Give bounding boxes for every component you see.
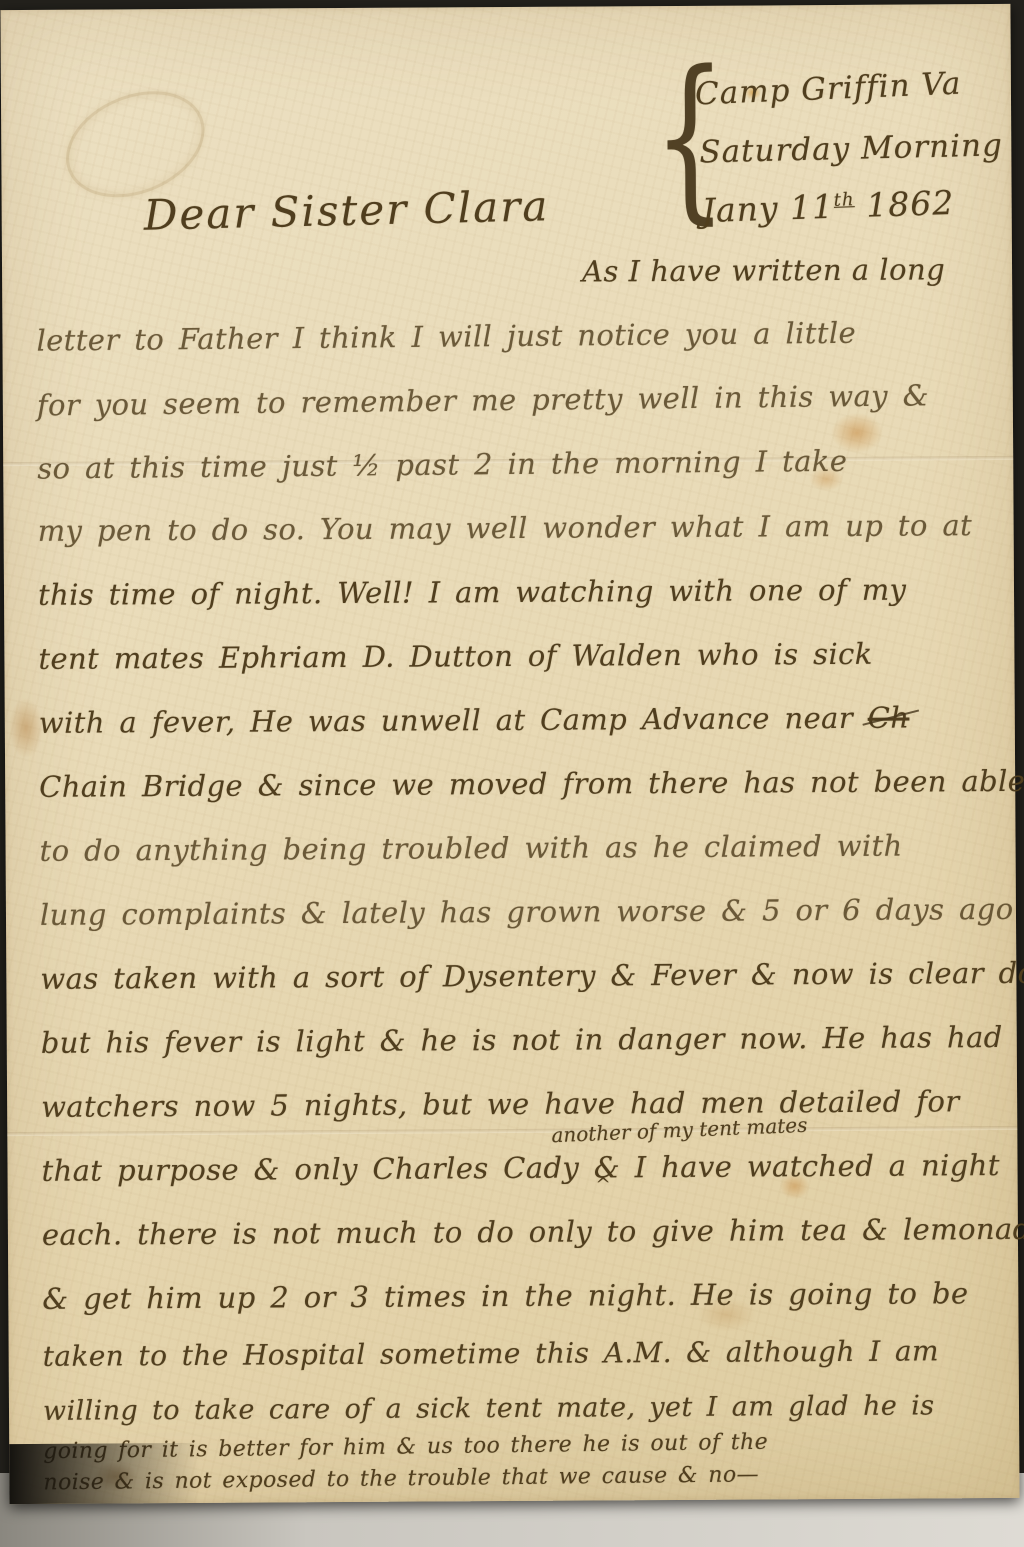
letter-line: to do anything being troubled with as he… <box>39 828 1007 868</box>
letter-line: my pen to do so. You may well wonder wha… <box>38 508 1006 548</box>
letter-line: with a fever, He was unwell at Camp Adva… <box>39 700 1007 740</box>
heading-date-year: 1862 <box>866 183 955 225</box>
heading-date-ordinal: th <box>833 189 854 211</box>
letter-line: letter to Father I think I will just not… <box>36 314 1004 357</box>
letter-line: taken to the Hospital sometime this A.M.… <box>43 1334 1011 1373</box>
heading-date-day: Jany 11 <box>701 187 834 230</box>
letter-line: tent mates Ephriam D. Dutton of Walden w… <box>38 636 1006 676</box>
fold-crease <box>7 1126 1017 1136</box>
letter-line: Chain Bridge & since we moved from there… <box>39 764 1007 804</box>
letter-line: each. there is not much to do only to gi… <box>42 1212 1010 1252</box>
letter-line: but his fever is light & he is not in da… <box>41 1020 1009 1060</box>
letter-opening-line: As I have written a long <box>582 252 945 288</box>
heading-place: Camp Griffin Va <box>694 66 962 113</box>
line-text: with a fever, He was unwell at Camp Adva… <box>39 701 853 740</box>
salutation: Dear Sister Clara <box>143 181 550 240</box>
heading-date: Jany 11th 1862 <box>701 183 955 230</box>
letter-line: that purpose & only Charles Cady & I hav… <box>41 1148 1009 1188</box>
scan-shadow <box>9 1443 199 1504</box>
letter-line: for you seem to remember me pretty well … <box>37 377 1005 422</box>
letter-line: lung complaints & lately has grown worse… <box>40 892 1008 932</box>
letter-line: watchers now 5 nights, but we have had m… <box>41 1084 1009 1124</box>
letter-page: { Camp Griffin Va Saturday Morning Jany … <box>0 4 1019 1504</box>
letter-line: this time of night. Well! I am watching … <box>38 572 1006 612</box>
struck-word: Ch <box>868 701 910 735</box>
letter-line: & get him up 2 or 3 times in the night. … <box>42 1276 1010 1316</box>
letter-heading: { Camp Griffin Va Saturday Morning Jany … <box>637 52 1017 54</box>
letter-line: so at this time just ½ past 2 in the mor… <box>37 442 1005 485</box>
letter-line: willing to take care of a sick tent mate… <box>43 1390 1011 1427</box>
heading-day: Saturday Morning <box>699 127 1003 170</box>
caret-mark: ^ <box>596 1174 611 1195</box>
letter-line: was taken with a sort of Dysentery & Fev… <box>40 956 1008 996</box>
